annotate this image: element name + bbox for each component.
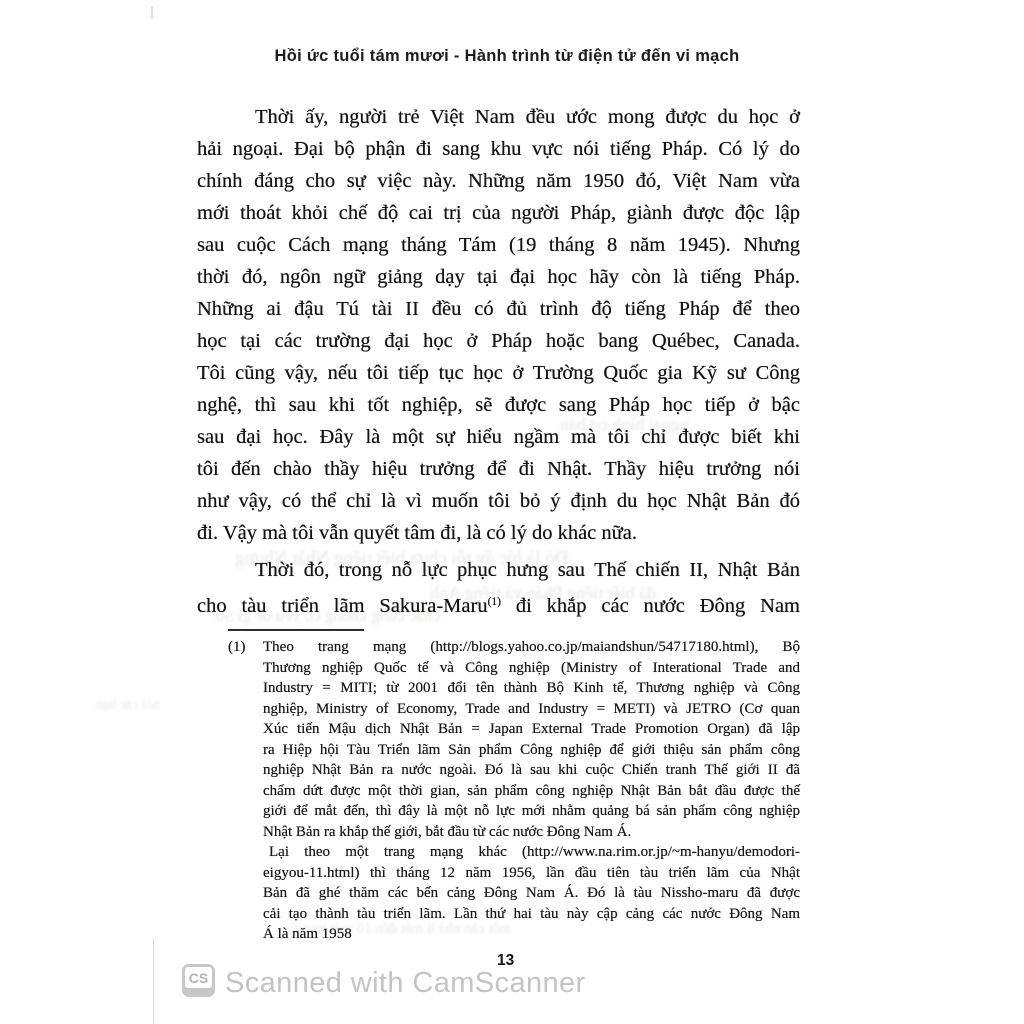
body-line: Thời đó, trong nỗ lực phục hưng sau Thế … <box>197 554 800 586</box>
body-line: học tại các trường đại học ở Pháp hoặc b… <box>197 325 800 357</box>
footnote-line: giới để mắt đến, thì đây là một nỗ lực m… <box>263 801 800 822</box>
body-line: Những ai đậu Tú tài II đều có đủ trình đ… <box>197 293 800 325</box>
footnote-marker: (1) <box>228 637 246 658</box>
body-line: sau cuộc Cách mạng tháng Tám (19 tháng 8… <box>197 229 800 261</box>
footnote-line: Theo trang mạng (http://blogs.yahoo.co.j… <box>263 637 800 658</box>
body-text: Thời ấy, người trẻ Việt Nam đều ước mong… <box>197 101 800 622</box>
body-line: Thời ấy, người trẻ Việt Nam đều ước mong… <box>197 101 800 133</box>
body-line: sau đại học. Đây là một sự hiểu ngầm mà … <box>197 421 800 453</box>
page-number: 13 <box>497 952 514 970</box>
footnote-line: Lại theo một trang mạng khác (http://www… <box>263 842 800 863</box>
footnote-text: Theo trang mạng (http://blogs.yahoo.co.j… <box>263 637 800 945</box>
running-header: Hồi ức tuổi tám mươi - Hành trình từ điệ… <box>197 47 817 66</box>
footnote-line: Industry = MITI; từ 2001 đổi tên thành B… <box>263 678 800 699</box>
body-line: Tôi cũng vậy, nếu tôi tiếp tục học ở Trư… <box>197 357 800 389</box>
scanned-book-page: chắc cũng không có yêu đề gì Sư Đó là lú… <box>0 0 1024 1024</box>
footnote-line: Xúc tiến Mậu dịch Nhật Bản = Japan Exter… <box>263 719 800 740</box>
scan-artifact-page-edge <box>153 938 154 1024</box>
footnote-line: Bản đã ghé thăm các bến cảng Đông Nam Á.… <box>263 883 800 904</box>
camscanner-logo-icon: CS <box>182 964 215 997</box>
footnote-line: ra Hiệp hội Tàu Triển lãm Sản phẩm Công … <box>263 740 800 761</box>
body-line-text: cho tàu triển lãm Sakura-Maru <box>197 595 488 617</box>
camscanner-watermark-label: Scanned with CamScanner <box>225 967 586 1000</box>
body-line: hải ngoại. Đại bộ phận đi sang khu vực n… <box>197 133 800 165</box>
bleedthrough-text: hỏi các bạn <box>96 698 160 714</box>
scan-artifact-top-tick <box>151 6 153 19</box>
body-line: mới thoát khỏi chế độ cai trị của người … <box>197 197 800 229</box>
camscanner-logo-text: CS <box>185 967 212 988</box>
body-line-text: đi khắp các nước Đông Nam <box>501 595 800 617</box>
body-line: như vậy, có thể chỉ là vì muốn tôi bỏ ý … <box>197 485 800 517</box>
body-line: nghệ, thì sau khi tốt nghiệp, sẽ được sa… <box>197 389 800 421</box>
body-line: đi. Vậy mà tôi vẫn quyết tâm đi, là có l… <box>197 517 800 549</box>
footnote-line: Nhật Bản ra khắp thế giới, bắt đầu từ cá… <box>263 822 800 843</box>
footnote-line: eigyou-11.html) thì tháng 12 năm 1956, l… <box>263 863 800 884</box>
footnote-line: nghiệp, Ministry of Economy, Trade and I… <box>263 699 800 720</box>
body-line: cho tàu triển lãm Sakura-Maru(1) đi khắp… <box>197 586 800 622</box>
footnote-line: Á là năm 1958 <box>263 924 800 945</box>
footnote-line: nghiệp Nhật Bản ra nước ngoài. Đó là sau… <box>263 760 800 781</box>
footnote-reference: (1) <box>488 596 501 608</box>
footnote-line: Thương nghiệp Quốc tế và Công nghiệp (Mi… <box>263 658 800 679</box>
body-line: chính đáng cho sự việc này. Những năm 19… <box>197 165 800 197</box>
footnote-separator-rule <box>228 629 364 631</box>
body-line: tôi đến chào thầy hiệu trưởng để đi Nhật… <box>197 453 800 485</box>
footnote-line: chấm dứt được một thời gian, sản phẩm cô… <box>263 781 800 802</box>
body-line: thời đó, ngôn ngữ giảng dạy tại đại học … <box>197 261 800 293</box>
footnote-line: cải tạo thành tàu triển lãm. Lần thứ hai… <box>263 904 800 925</box>
